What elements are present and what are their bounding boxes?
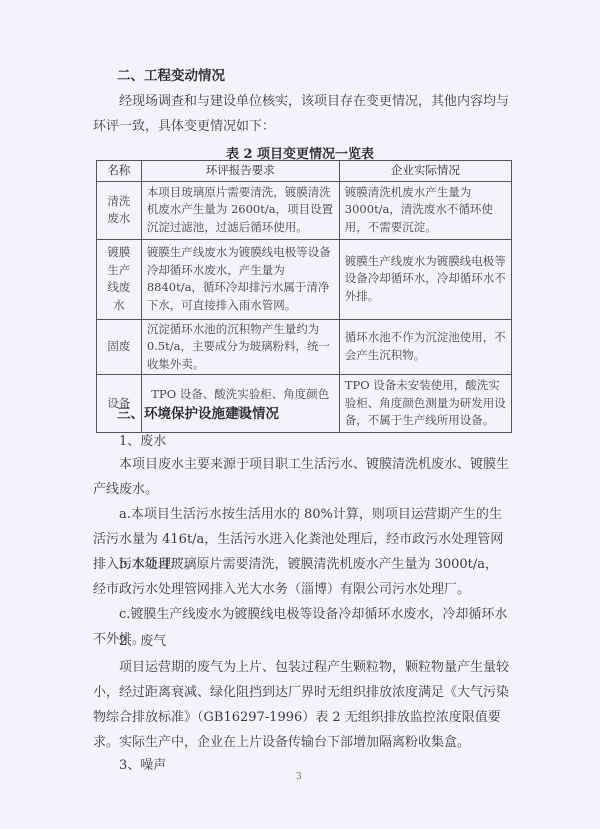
- wastewater-intro-paragraph: 本项目废水主要来源于项目职工生活污水、镀膜清洗机废水、镀膜生产线废水。: [93, 452, 511, 502]
- table-row: 清洗废水 本项目玻璃原片需要清洗，镀膜清洗机废水产生量为 2600t/a，项目设…: [97, 181, 512, 239]
- row-requirement: 镀膜生产线废水为镀膜线电极等设备冷却循环水废水，产生量为 8840t/a，循环冷…: [141, 239, 339, 319]
- wastewater-item-b: b.本项目玻璃原片需要清洗，镀膜清洗机废水产生量为 3000t/a，经市政污水处…: [93, 552, 511, 602]
- row-name: 清洗废水: [97, 181, 142, 239]
- row-actual: 镀膜清洗机废水产生量为 3000t/a，清洗废水不循环使用，不需要沉淀。: [339, 181, 511, 239]
- changes-intro-paragraph: 经现场调查和与建设单位核实，该项目存在变更情况，其他内容均与环评一致，具体变更情…: [93, 89, 511, 139]
- exhaust-paragraph: 项目运营期的废气为上片、包装过程产生颗粒物，颗粒物量产生量较小，经过距离衰减、绿…: [93, 655, 511, 755]
- row-actual: TPO 设备未安装使用，酸洗实验柜、角度颜色测量为研发用设备，不属于生产线所用设…: [339, 375, 511, 433]
- header-name: 名称: [97, 161, 142, 182]
- section-heading-env-protection: 三、环境保护设施建设情况: [117, 402, 279, 422]
- header-actual: 企业实际情况: [339, 161, 511, 182]
- row-name: 镀膜生产线废水: [97, 239, 142, 319]
- table-header-row: 名称 环评报告要求 企业实际情况: [97, 161, 512, 182]
- table-row: 镀膜生产线废水 镀膜生产线废水为镀膜线电极等设备冷却循环水废水，产生量为 884…: [97, 239, 512, 319]
- header-requirement: 环评报告要求: [141, 161, 339, 182]
- row-requirement: 沉淀循环水池的沉积物产生量约为 0.5t/a，主要成分为玻璃粉料，统一收集外卖。: [141, 319, 339, 375]
- row-name: 固废: [97, 319, 142, 375]
- document-page: 二、工程变动情况 经现场调查和与建设单位核实，该项目存在变更情况，其他内容均与环…: [0, 0, 600, 829]
- row-actual: 循环水池不作为沉淀池使用，不会产生沉积物。: [339, 319, 511, 375]
- row-requirement: 本项目玻璃原片需要清洗，镀膜清洗机废水产生量为 2600t/a，项目设置沉淀过滤…: [141, 181, 339, 239]
- page-number: 3: [296, 772, 302, 782]
- changes-table: 名称 环评报告要求 企业实际情况 清洗废水 本项目玻璃原片需要清洗，镀膜清洗机废…: [96, 160, 512, 433]
- subheading-exhaust: 2、废气: [119, 630, 166, 649]
- subheading-wastewater: 1、废水: [119, 430, 166, 449]
- table-row: 固废 沉淀循环水池的沉积物产生量约为 0.5t/a，主要成分为玻璃粉料，统一收集…: [97, 319, 512, 375]
- row-actual: 镀膜生产线废水为镀膜线电极等设备冷却循环水，冷却循环水不外排。: [339, 239, 511, 319]
- section-heading-changes: 二、工程变动情况: [117, 64, 225, 84]
- subheading-noise: 3、噪声: [119, 754, 166, 773]
